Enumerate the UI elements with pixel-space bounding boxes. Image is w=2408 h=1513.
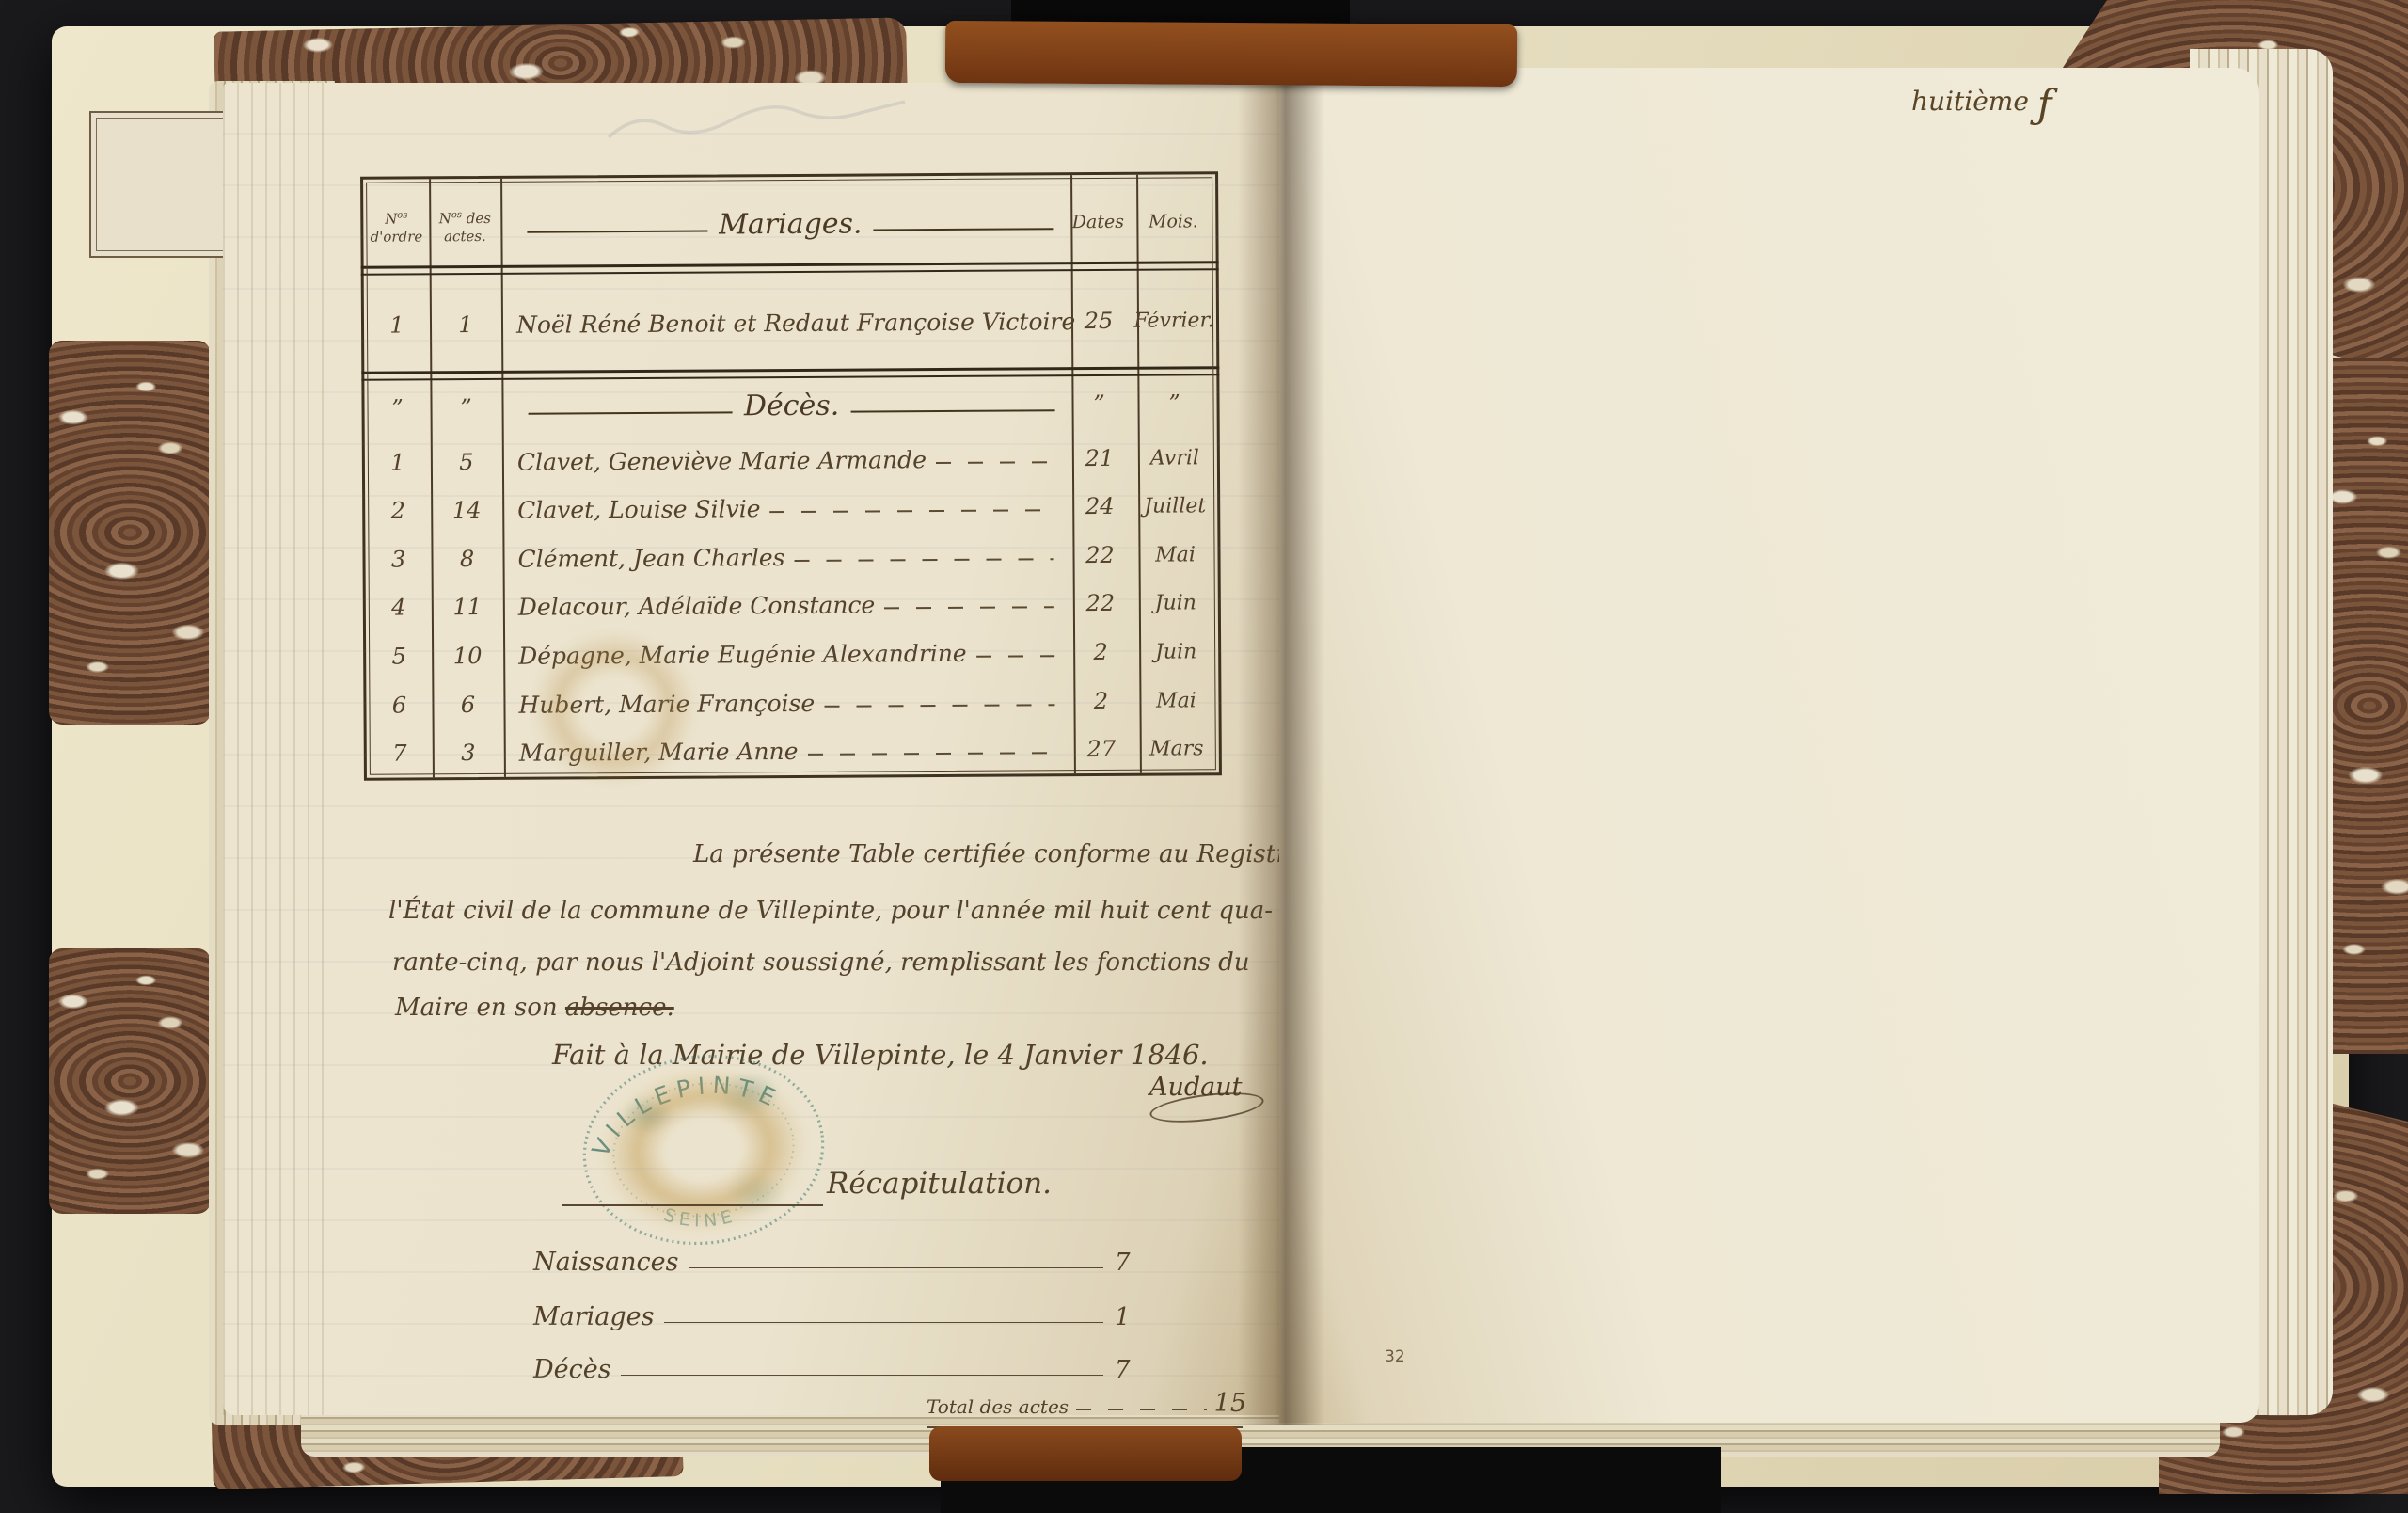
row-month: Mai — [1133, 543, 1217, 567]
header-mariages-title-cell: Mariages. — [500, 206, 1065, 243]
row-ord: 4 — [366, 594, 432, 620]
header-dates: Dates — [1065, 213, 1131, 231]
row-month: Juin — [1133, 591, 1218, 615]
row-month: Avril — [1133, 446, 1217, 470]
row-acte: 11 — [432, 594, 503, 620]
title-rule-right — [874, 228, 1054, 231]
row-name: Delacour, Adélaïde Constance — [518, 591, 876, 620]
spine-leather-bottom — [929, 1426, 1242, 1481]
right-page: huitième ƒ 32 — [1279, 68, 2259, 1423]
title-rule-left — [527, 231, 707, 233]
row-name: Clavet, Louise Silvie — [517, 495, 760, 524]
row-name: Clément, Jean Charles — [517, 544, 784, 573]
death-row: 2 14 Clavet, Louise Silvie 24 Juillet — [365, 482, 1217, 534]
header-actes-sup: os — [451, 210, 462, 220]
annotation-paraph: ƒ — [2037, 81, 2052, 127]
marbled-paper-right — [2331, 358, 2408, 1054]
row-date: 22 — [1067, 542, 1133, 568]
recap-leader-line — [621, 1375, 1103, 1376]
row-date: 22 — [1068, 590, 1133, 616]
title-rule-left — [529, 411, 733, 414]
recap-lead-rule — [562, 1204, 823, 1206]
row-date: 21 — [1067, 445, 1133, 471]
marriage-row: 1 1 Noël Réné Benoit et Redaut Françoise… — [364, 279, 1217, 366]
recap-label: Mariages — [533, 1302, 655, 1331]
pencil-smudge — [599, 90, 919, 156]
recap-total-value: 15 — [1214, 1389, 1246, 1418]
row-ord: 6 — [366, 692, 432, 718]
header-mois: Mois. — [1131, 213, 1215, 231]
death-row: 6 6 Hubert, Marie Françoise 2 Mai — [366, 677, 1218, 729]
leader-dashes — [794, 550, 1053, 565]
death-row: 5 10 Dépagne, Marie Eugénie Alexandrine … — [366, 628, 1218, 680]
row-date: 2 — [1068, 688, 1133, 714]
death-row: 7 3 Marguiller, Marie Anne 27 Mars — [367, 725, 1219, 777]
row-month: Mai — [1133, 689, 1218, 713]
marriage-names: Noël Réné Benoit et Redaut Françoise Vic… — [516, 308, 1075, 339]
row-ord: 1 — [365, 449, 431, 475]
row-month: Juillet — [1133, 494, 1217, 518]
marriage-acte: 1 — [430, 311, 501, 338]
line4-struck-word: absence. — [565, 994, 674, 1022]
row-date: 27 — [1069, 736, 1134, 762]
title-rule-right — [850, 409, 1054, 412]
recap-value: 1 — [1115, 1303, 1154, 1331]
table-header-row: Nos d'ordre Nos des actes. Mariages. Dat… — [363, 187, 1215, 261]
ditto-mark: ” — [364, 394, 430, 421]
ditto-mark: ” — [1066, 390, 1132, 417]
deces-title-cell: Décès. — [501, 388, 1066, 424]
corner-annotation: huitième ƒ — [1911, 81, 2052, 127]
row-month: Juin — [1133, 640, 1218, 664]
marbled-paper-left-upper — [49, 341, 211, 725]
spine-leather-top — [945, 21, 1517, 87]
line4-text: Maire en son — [395, 994, 565, 1022]
header-ordre-n: N — [385, 211, 397, 228]
table-double-rule — [361, 261, 1219, 276]
death-row: 1 5 Clavet, Geneviève Marie Armande 21 A… — [365, 434, 1217, 486]
recap-total-label: Total des actes — [927, 1395, 1069, 1418]
photographed-register-scene: Nos d'ordre Nos des actes. Mariages. Dat… — [0, 0, 2408, 1513]
mairie-stamp: VILLEPINTE SEINE — [564, 1032, 844, 1267]
leader-dashes — [976, 647, 1055, 661]
leader-dashes — [824, 696, 1054, 710]
page-number: 32 — [1385, 1347, 1405, 1366]
row-acte: 6 — [432, 692, 503, 718]
row-date: 24 — [1067, 493, 1133, 519]
ditto-mark: ” — [1132, 390, 1216, 417]
header-actes-n: N — [439, 210, 451, 227]
recap-value: 7 — [1115, 1249, 1154, 1277]
recap-row-mariages: Mariages 1 — [533, 1302, 1154, 1331]
left-page: Nos d'ordre Nos des actes. Mariages. Dat… — [223, 83, 1279, 1415]
ditto-mark: ” — [430, 394, 501, 421]
deces-section-title: Décès. — [744, 389, 840, 422]
recap-label: Naissances — [533, 1248, 679, 1277]
certification-line-4: Maire en son absence. — [395, 994, 674, 1022]
row-acte: 5 — [431, 449, 502, 475]
death-row: 4 11 Delacour, Adélaïde Constance 22 Jui… — [366, 579, 1218, 631]
recap-leader-line — [689, 1267, 1103, 1268]
recap-total-row: Total des actes 15 — [927, 1389, 1246, 1418]
leader-dashes — [884, 598, 1054, 613]
certification-line-3: rante-cinq, par nous l'Adjoint soussigné… — [392, 948, 1250, 977]
row-ord: 5 — [366, 643, 432, 669]
death-row: 3 8 Clément, Jean Charles 22 Mai — [365, 531, 1217, 583]
leader-dashes — [936, 454, 1053, 468]
row-acte: 14 — [431, 497, 502, 523]
row-ord: 3 — [365, 546, 431, 572]
marbled-paper-left-lower — [49, 948, 211, 1214]
row-ord: 2 — [365, 497, 431, 523]
row-name: Clavet, Geneviève Marie Armande — [517, 446, 927, 476]
annual-acts-table: Nos d'ordre Nos des actes. Mariages. Dat… — [360, 171, 1222, 781]
leader-dashes — [807, 744, 1054, 759]
row-month: Mars — [1134, 737, 1219, 761]
deces-header-row: ” ” Décès. ” ” — [364, 375, 1216, 436]
header-ordre-word: d'ordre — [371, 228, 423, 245]
row-acte: 8 — [431, 546, 502, 572]
recap-label: Décès — [533, 1355, 611, 1384]
row-date: 2 — [1068, 639, 1133, 665]
header-ordre-sup: os — [397, 210, 407, 220]
stamp-bleedthrough — [515, 614, 714, 803]
certification-line-2: l'État civil de la commune de Villepinte… — [388, 897, 1273, 925]
header-numero-actes: Nos des actes. — [429, 206, 500, 246]
recap-leader-line — [664, 1322, 1103, 1323]
recap-value: 7 — [1115, 1356, 1154, 1384]
row-acte: 10 — [432, 643, 503, 669]
row-ord: 7 — [367, 740, 433, 766]
row-acte: 3 — [433, 740, 504, 766]
mariages-section-title: Mariages. — [719, 207, 863, 241]
signature-block: Audaut — [1149, 1073, 1264, 1121]
marriage-date: 25 — [1066, 308, 1132, 334]
header-actes-word: actes. — [444, 228, 486, 245]
cahier-number-note: huitième — [1911, 86, 2029, 117]
leader-dashes — [1076, 1399, 1207, 1414]
recap-row-naissances: Naissances 7 — [533, 1248, 1154, 1277]
leader-dashes — [769, 502, 1053, 517]
header-numero-ordre: Nos d'ordre — [363, 206, 429, 246]
header-actes-des: des — [462, 210, 491, 227]
marriage-month: Février. — [1132, 309, 1216, 333]
recap-title: Récapitulation. — [827, 1167, 1052, 1201]
recap-row-deces: Décès 7 — [533, 1355, 1154, 1384]
marriage-ord: 1 — [364, 311, 430, 338]
